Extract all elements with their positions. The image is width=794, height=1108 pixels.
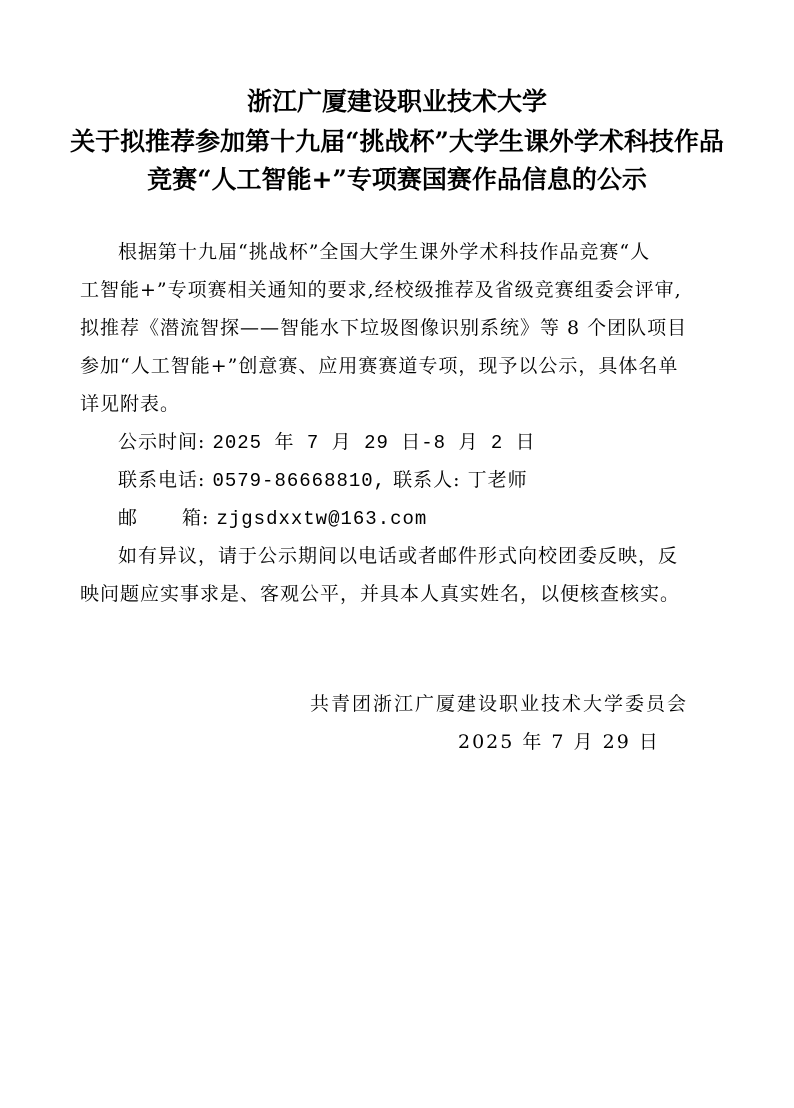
email-line: 邮箱: zjgsdxxtw@163.com: [118, 504, 758, 533]
signature-organization: 共青团浙江广厦建设职业技术大学委员会: [310, 690, 688, 718]
body-line-1: 根据第十九届“挑战杯”全国大学生课外学术科技作品竞赛“人: [118, 238, 758, 266]
document-page: 浙江广厦建设职业技术大学 关于拟推荐参加第十九届“挑战杯”大学生课外学术科技作品…: [0, 0, 794, 1108]
email-label-char1: 邮: [118, 507, 138, 529]
email-address[interactable]: zjgsdxxtw@163.com: [216, 508, 427, 530]
title-line-3: 竞赛“人工智能+”专项赛国赛作品信息的公示: [0, 162, 794, 198]
body-line-3: 拟推荐《潜流智探——智能水下垃圾图像识别系统》等 8 个团队项目: [80, 314, 720, 342]
title-line-1: 浙江广厦建设职业技术大学: [0, 84, 794, 120]
body-line-4: 参加“人工智能+”创意赛、应用赛赛道专项，现予以公示，具体名单: [80, 352, 720, 380]
body-line-5: 详见附表。: [80, 390, 720, 418]
email-label-char2: 箱:: [182, 507, 209, 529]
notice-period: 公示时间: 2025 年 7 月 29 日-8 月 2 日: [118, 428, 758, 457]
contact-phone: 0579-86668810,: [212, 470, 386, 492]
contact-person-label: 联系人:: [393, 469, 460, 491]
body-line-2: 工智能+”专项赛相关通知的要求,经校级推荐及省级竞赛组委会评审,: [80, 276, 720, 304]
objection-line-2: 映问题应实事求是、客观公平，并具本人真实姓名，以便核查核实。: [80, 580, 720, 608]
notice-period-value: 2025 年 7 月 29 日-8 月 2 日: [212, 432, 535, 454]
title-line-2: 关于拟推荐参加第十九届“挑战杯”大学生课外学术科技作品: [0, 124, 794, 160]
contact-phone-label: 联系电话:: [118, 469, 205, 491]
objection-line-1: 如有异议，请于公示期间以电话或者邮件形式向校团委反映，反: [118, 542, 758, 570]
signature-date: 2025 年 7 月 29 日: [458, 728, 660, 756]
contact-person: 丁老师: [468, 469, 528, 491]
notice-period-label: 公示时间:: [118, 431, 205, 453]
contact-line: 联系电话: 0579-86668810, 联系人: 丁老师: [118, 466, 758, 495]
